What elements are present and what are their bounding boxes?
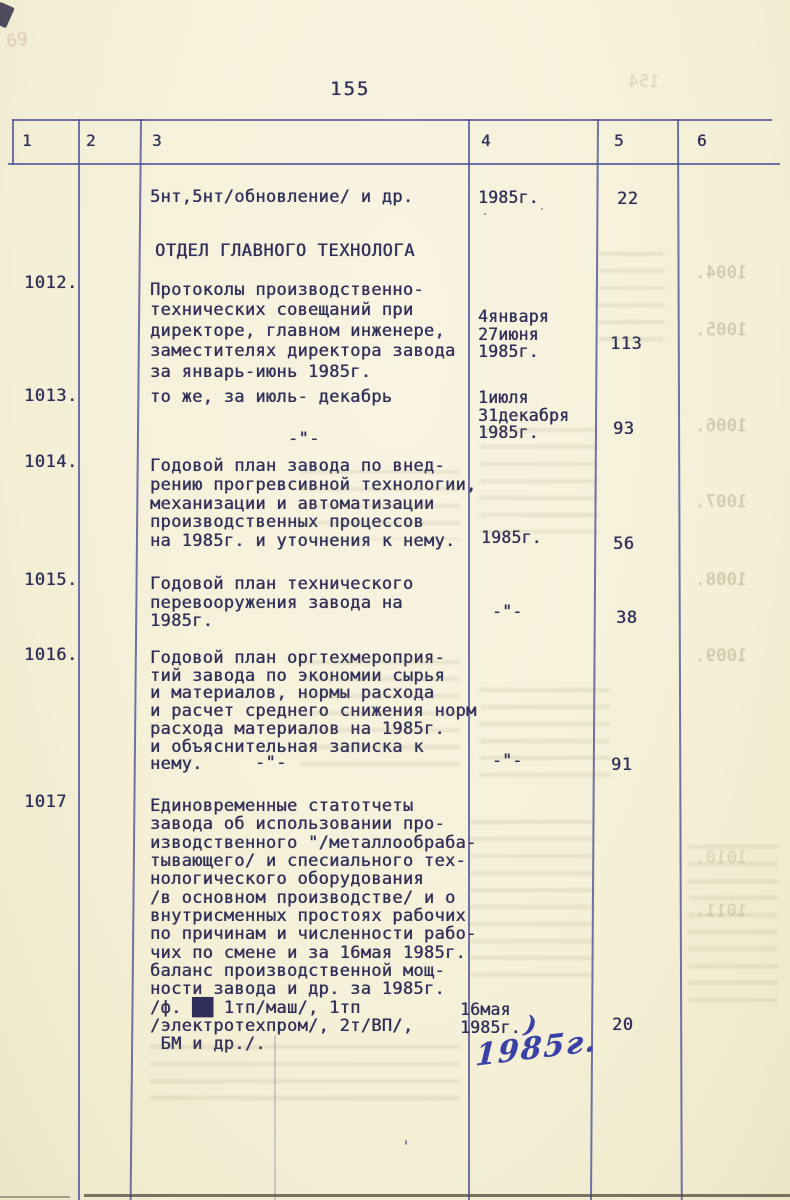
- row-description: Протоколы производственно- технических с…: [150, 280, 456, 382]
- table-header-underline: [8, 163, 780, 165]
- bleed-smudge: [150, 1045, 460, 1105]
- row-date: 1985г.: [478, 189, 539, 207]
- row-sheets: 20: [612, 1015, 633, 1035]
- bleed-smudge: [480, 428, 598, 533]
- row-number: 1014.: [24, 452, 78, 472]
- section-heading: ОТДЕЛ ГЛАВНОГО ТЕХНОЛОГА: [155, 241, 415, 261]
- table-left-border: [12, 119, 14, 165]
- row-sheets: 22: [617, 189, 638, 209]
- bleed-prev-page-number: 154: [628, 72, 659, 91]
- page-number: 155: [330, 78, 370, 100]
- column-divider-2-3: [130, 119, 142, 1200]
- column-header-5: 5: [614, 131, 624, 150]
- row-sheets: 91: [611, 755, 632, 775]
- page-bottom-edge: [84, 1194, 790, 1197]
- row-description: Годовой план технического перевооружения…: [150, 575, 413, 631]
- bleed-smudge: [470, 820, 595, 990]
- row-sheets: 93: [613, 419, 634, 439]
- corner-ink-mark: [0, 2, 15, 29]
- page-bottom-edge-left: [0, 1196, 70, 1198]
- bleed-entry-number: 1008.: [695, 570, 747, 589]
- speck: [405, 1140, 407, 1145]
- bleed-smudge: [300, 660, 460, 770]
- row-date: -"-: [492, 603, 522, 621]
- bleed-smudge: [480, 688, 610, 783]
- table-top-border: [12, 119, 772, 121]
- row-sheets: 38: [616, 608, 637, 628]
- bleed-entry-number: 1006.: [695, 416, 747, 435]
- row-description: Единовременные статотчеты завода об испо…: [150, 797, 477, 1054]
- row-description: 5нт,5нт/обновление/ и др.: [150, 188, 413, 207]
- column-header-3: 3: [152, 131, 162, 150]
- row-description: то же, за июль- декабрь: [150, 388, 392, 407]
- row-date: 4января 27июня 1985г.: [478, 308, 549, 361]
- row-sheets: 56: [613, 534, 634, 554]
- bleed-entry-number: 1007.: [695, 492, 747, 511]
- column-header-6: 6: [697, 131, 707, 150]
- bleed-corner-number: 69: [5, 27, 29, 51]
- column-divider-1-2: [78, 119, 80, 1200]
- column-divider-5-6: [677, 119, 682, 1200]
- ditto-mark: -"-: [288, 430, 320, 449]
- bleed-entry-number: 1005.: [695, 320, 747, 339]
- bleed-entry-number: 1009.: [695, 646, 747, 665]
- row-number: 1012.: [24, 273, 78, 293]
- ditto-mark: -"-: [255, 754, 287, 773]
- column-header-2: 2: [86, 131, 96, 150]
- column-header-4: 4: [481, 131, 491, 150]
- bleed-entry-number: 1004.: [695, 263, 747, 282]
- bleed-smudge: [688, 845, 778, 1010]
- row-date: 16мая 1985г.: [460, 1001, 521, 1036]
- column-header-1: 1: [22, 131, 32, 150]
- scanned-archive-page: 69 154 155 1 2 3 4 5 6 5нт,5нт/обновлени…: [0, 0, 790, 1200]
- row-number: 1016.: [24, 645, 78, 665]
- row-number: 1017: [24, 792, 67, 812]
- row-number: 1015.: [24, 570, 78, 590]
- bleed-smudge: [598, 252, 664, 352]
- row-number: 1013.: [24, 386, 78, 406]
- bleed-smudge: [300, 470, 460, 540]
